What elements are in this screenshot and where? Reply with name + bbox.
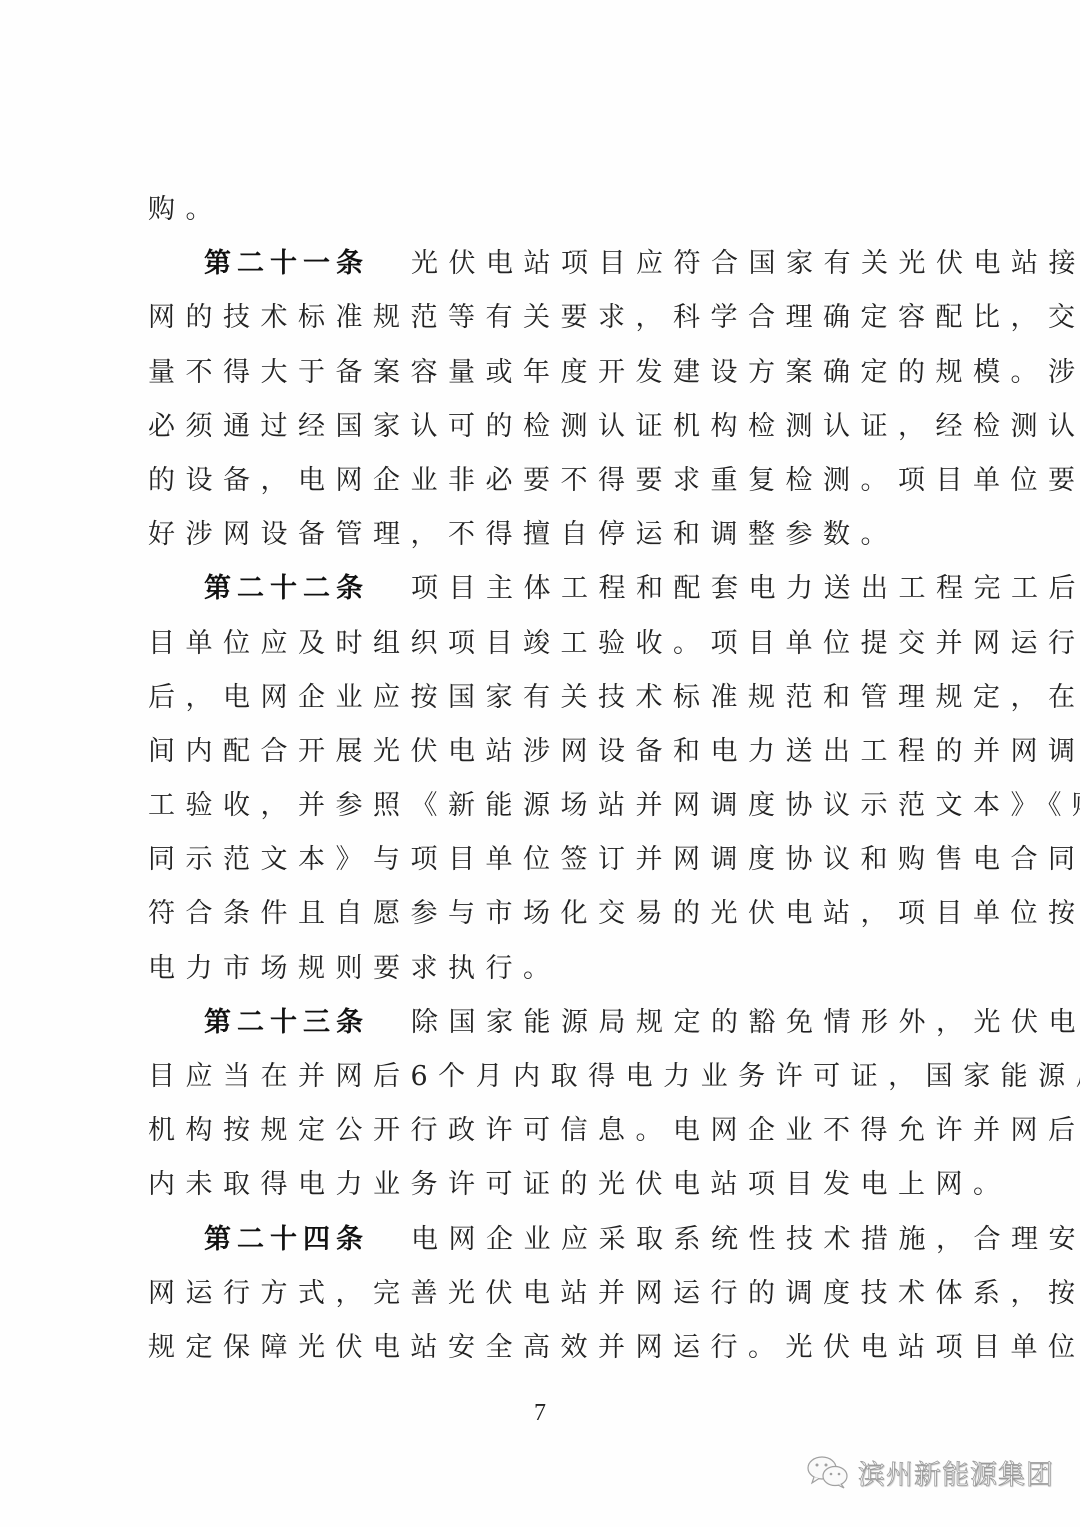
document-body: 购。 第二十一条光伏电站项目应符合国家有关光伏电站接入电 网的技术标准规范等有关… (148, 188, 948, 1380)
article-number: 第二十四条 (204, 1224, 369, 1255)
text-line: 机构按规定公开行政许可信息。电网企业不得允许并网后6个月 (148, 1109, 948, 1163)
text-line: 好涉网设备管理，不得擅自停运和调整参数。 (148, 513, 948, 567)
text-line: 间内配合开展光伏电站涉网设备和电力送出工程的并网调试、竣 (148, 730, 948, 784)
text-line: 后，电网企业应按国家有关技术标准规范和管理规定，在规定时 (148, 676, 948, 730)
text-line: 符合条件且自愿参与市场化交易的光伏电站，项目单位按照相关 (148, 892, 948, 946)
text-line: 同示范文本》与项目单位签订并网调度协议和购售电合同。对于 (148, 838, 948, 892)
article-21-heading-line: 第二十一条光伏电站项目应符合国家有关光伏电站接入电 (148, 242, 948, 296)
text-line: 的设备，电网企业非必要不得要求重复检测。项目单位要认真做 (148, 459, 948, 513)
text-line: 规定保障光伏电站安全高效并网运行。光伏电站项目单位应加强 (148, 1326, 948, 1380)
text-line: 目应当在并网后6个月内取得电力业务许可证，国家能源局派出 (148, 1055, 948, 1109)
page-number: 7 (0, 1400, 1080, 1427)
text-line: 内未取得电力业务许可证的光伏电站项目发电上网。 (148, 1163, 948, 1217)
text-line: 电力市场规则要求执行。 (148, 947, 948, 1001)
article-number: 第二十三条 (204, 1007, 369, 1038)
wechat-icon (806, 1454, 850, 1490)
article-number: 第二十一条 (204, 248, 369, 279)
watermark: 滨州新能源集团 (806, 1452, 1054, 1492)
text-line: 购。 (148, 188, 948, 242)
text-line: 网的技术标准规范等有关要求，科学合理确定容配比，交流侧容 (148, 296, 948, 350)
text-line: 网运行方式，完善光伏电站并网运行的调度技术体系，按照有关 (148, 1272, 948, 1326)
document-page: 购。 第二十一条光伏电站项目应符合国家有关光伏电站接入电 网的技术标准规范等有关… (0, 0, 1080, 1527)
watermark-text: 滨州新能源集团 (858, 1453, 1054, 1492)
article-number: 第二十二条 (204, 573, 369, 604)
article-22-heading-line: 第二十二条项目主体工程和配套电力送出工程完工后，项 (148, 567, 948, 621)
text-line: 必须通过经国家认可的检测认证机构检测认证，经检测认证合格 (148, 405, 948, 459)
article-24-heading-line: 第二十四条电网企业应采取系统性技术措施，合理安排电 (148, 1218, 948, 1272)
text-line: 工验收，并参照《新能源场站并网调度协议示范文本》《购售电合 (148, 784, 948, 838)
article-23-heading-line: 第二十三条除国家能源局规定的豁免情形外，光伏电站项 (148, 1001, 948, 1055)
text-line: 量不得大于备案容量或年度开发建设方案确定的规模。涉网设备 (148, 351, 948, 405)
text-line: 目单位应及时组织项目竣工验收。项目单位提交并网运行申请书 (148, 622, 948, 676)
